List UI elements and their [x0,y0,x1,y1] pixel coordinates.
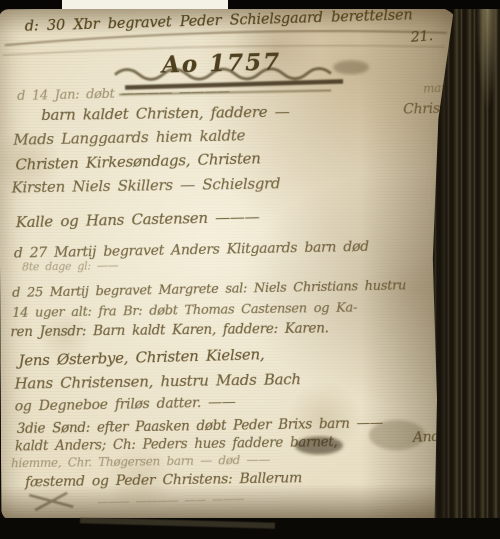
handwriting-line: Jens Østerbye, Christen Kielsen, [18,345,264,369]
page-number: 21. [410,28,433,46]
handwriting-line: d 25 Martij begravet Margrete sal: Niels… [12,278,406,301]
handwriting-layer: d: 30 Xbr begravet Peder Schielsgaard be… [0,7,463,521]
scan-bottom-border [0,518,500,539]
handwriting-line: Christen Kirkesøndags, Christen [15,149,261,173]
handwriting-line: 14 uger alt: fra Br: døbt Thomas Castens… [12,301,357,321]
handwriting-line: ——— ———— —— ——— [97,493,244,509]
handwriting-line: d 14 Jan: døbt ———— ———— [17,84,230,104]
manuscript-page: d: 30 Xbr begravet Peder Schielsgaard be… [0,7,463,521]
page-edge-highlight [80,517,275,528]
handwriting-line: kaldt Anders; Ch: Peders hues faddere ba… [15,434,338,455]
handwriting-line: og Degneboe friløs datter. —— [15,394,236,414]
handwriting-line: fæstemd og Peder Christens: Ballerum [25,470,302,490]
index-tab [62,0,228,9]
handwriting-line: barn kaldet Christen, faddere — [41,103,289,124]
handwriting-line: Mads Langgaards hiem kaldte [13,126,245,148]
scanned-document: d: 30 Xbr begravet Peder Schielsgaard be… [0,0,500,539]
handwriting-line: ren Jensdr: Barn kaldt Karen, faddere: K… [10,320,328,340]
handwriting-line: 8te dage gl: —— [22,259,119,273]
handwriting-line: Hans Christensen, hustru Mads Bach [14,370,300,392]
scan-top-border [0,0,500,9]
burial-header-line: d: 30 Xbr begravet Peder Schielsgaard be… [25,7,413,35]
handwriting-line: Kalle og Hans Castensen ——— [16,208,260,232]
year-heading: Ao 1757 [162,48,282,78]
handwriting-line: d 27 Martij begravet Anders Klitgaards b… [14,239,369,262]
handwriting-line: hiemme, Chr. Thøgersen barn — død —— [11,453,270,471]
handwriting-line: Kirsten Niels Skillers — Schielsgrd [11,174,280,196]
